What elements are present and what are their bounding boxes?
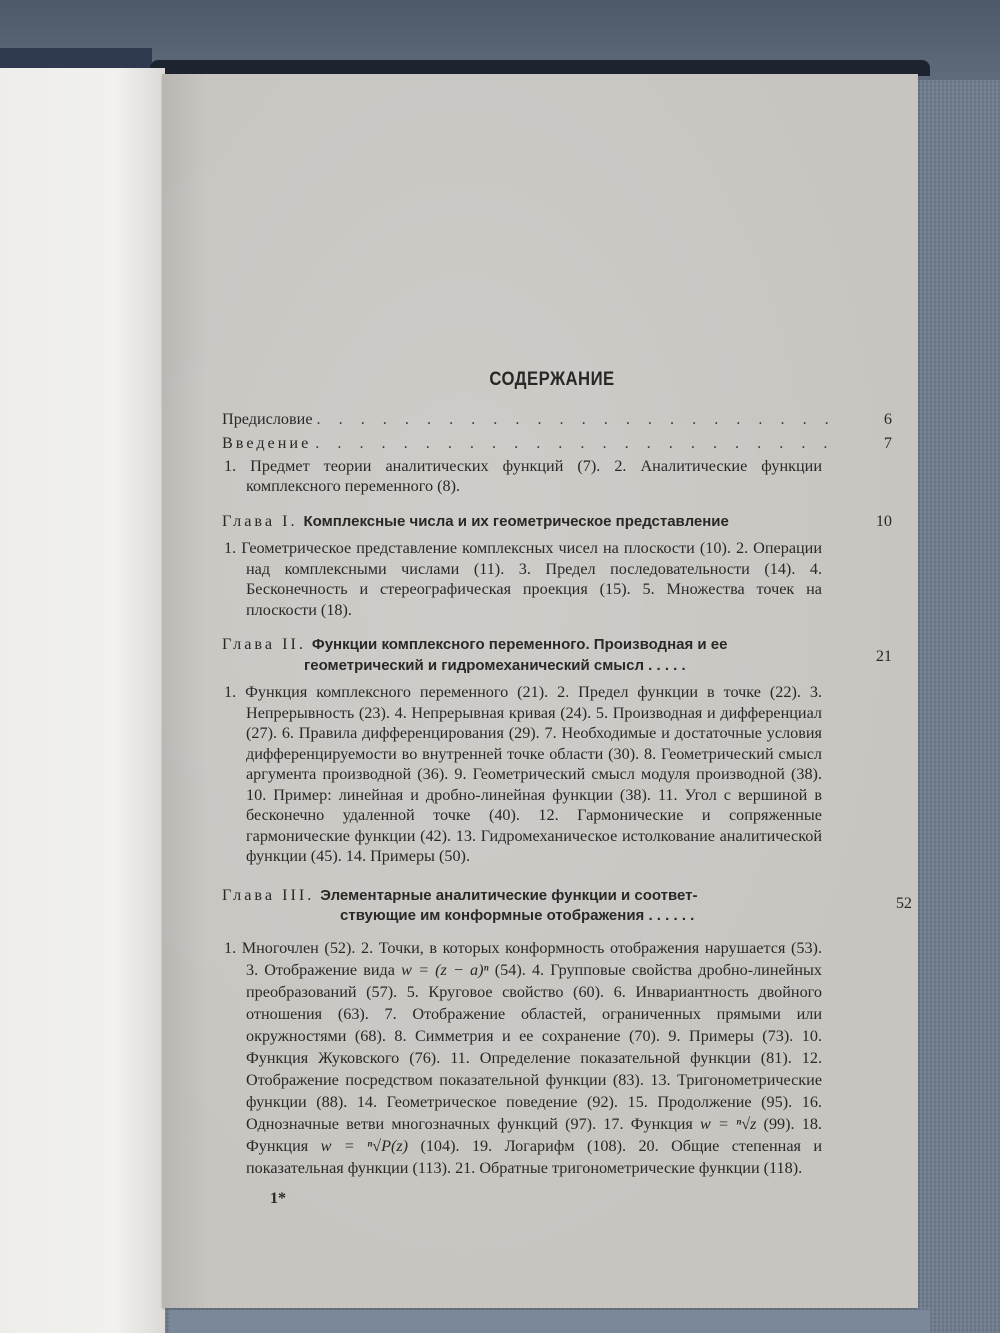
table-of-contents: СОДЕРЖАНИЕ Предисловие . . . . . . . . .… <box>222 370 842 1179</box>
subsection-text: (54). 4. Групповые свойства дробно-линей… <box>246 961 822 1133</box>
chapter-title-line1: Функции комплексного переменного. Произв… <box>312 635 728 656</box>
chapter-subsections: 1. Геометрическое представление комплекс… <box>222 538 822 620</box>
chapter-title-line2: ствующие им конформные отображения . . .… <box>340 906 694 927</box>
toc-chapter-1: Глава I. Комплексные числа и их геометри… <box>222 511 842 621</box>
left-page-blank <box>0 68 165 1333</box>
chapter-prefix: Глава II. <box>222 634 312 655</box>
chapter-title: Комплексные числа и их геометрическое пр… <box>304 512 729 533</box>
entry-subsections: 1. Предмет теории аналитических функций … <box>222 456 822 497</box>
chapter-subsections: 1. Функция комплексного переменного (21)… <box>222 682 822 867</box>
formula-nth-root-pz: w = ⁿ√P(z) <box>321 1137 408 1155</box>
toc-title: СОДЕРЖАНИЕ <box>297 370 807 391</box>
entry-label: Введение <box>222 433 311 454</box>
toc-chapter-2: Глава II. Функции комплексного переменно… <box>222 634 842 867</box>
chapter-page: 10 <box>852 511 892 532</box>
book-cover-edge-left <box>0 48 152 70</box>
chapter-prefix: Глава III. <box>222 885 320 906</box>
chapter-title-line2: геометрический и гидромеханический смысл… <box>304 656 686 677</box>
leader-dots: . . . . . . . . . . . . . . . . . . . . … <box>315 433 838 454</box>
chapter-page: 21 <box>852 646 892 667</box>
toc-entry-preface: Предисловие . . . . . . . . . . . . . . … <box>222 409 842 430</box>
entry-label: Предисловие <box>222 409 313 430</box>
entry-page: 6 <box>852 409 892 430</box>
entry-page: 7 <box>852 433 892 454</box>
signature-mark: 1* <box>270 1190 286 1208</box>
toc-chapter-3: Глава III. Элементарные аналитические фу… <box>222 885 842 1179</box>
chapter-page: 52 <box>872 893 912 914</box>
chapter-subsections: 1. Многочлен (52). 2. Точки, в которых к… <box>222 937 822 1179</box>
formula-nth-root-z: w = ⁿ√z <box>700 1115 756 1133</box>
leader-dots: . . . . . . . . . . . . . . . . . . . . … <box>317 409 838 430</box>
chapter-title-line1: Элементарные аналитические функции и соо… <box>320 886 697 907</box>
background-fabric-bottom <box>170 1310 930 1333</box>
formula-power: w = (z − a)ⁿ <box>401 961 489 979</box>
chapter-prefix: Глава I. <box>222 511 304 532</box>
toc-entry-introduction: Введение . . . . . . . . . . . . . . . .… <box>222 433 842 454</box>
